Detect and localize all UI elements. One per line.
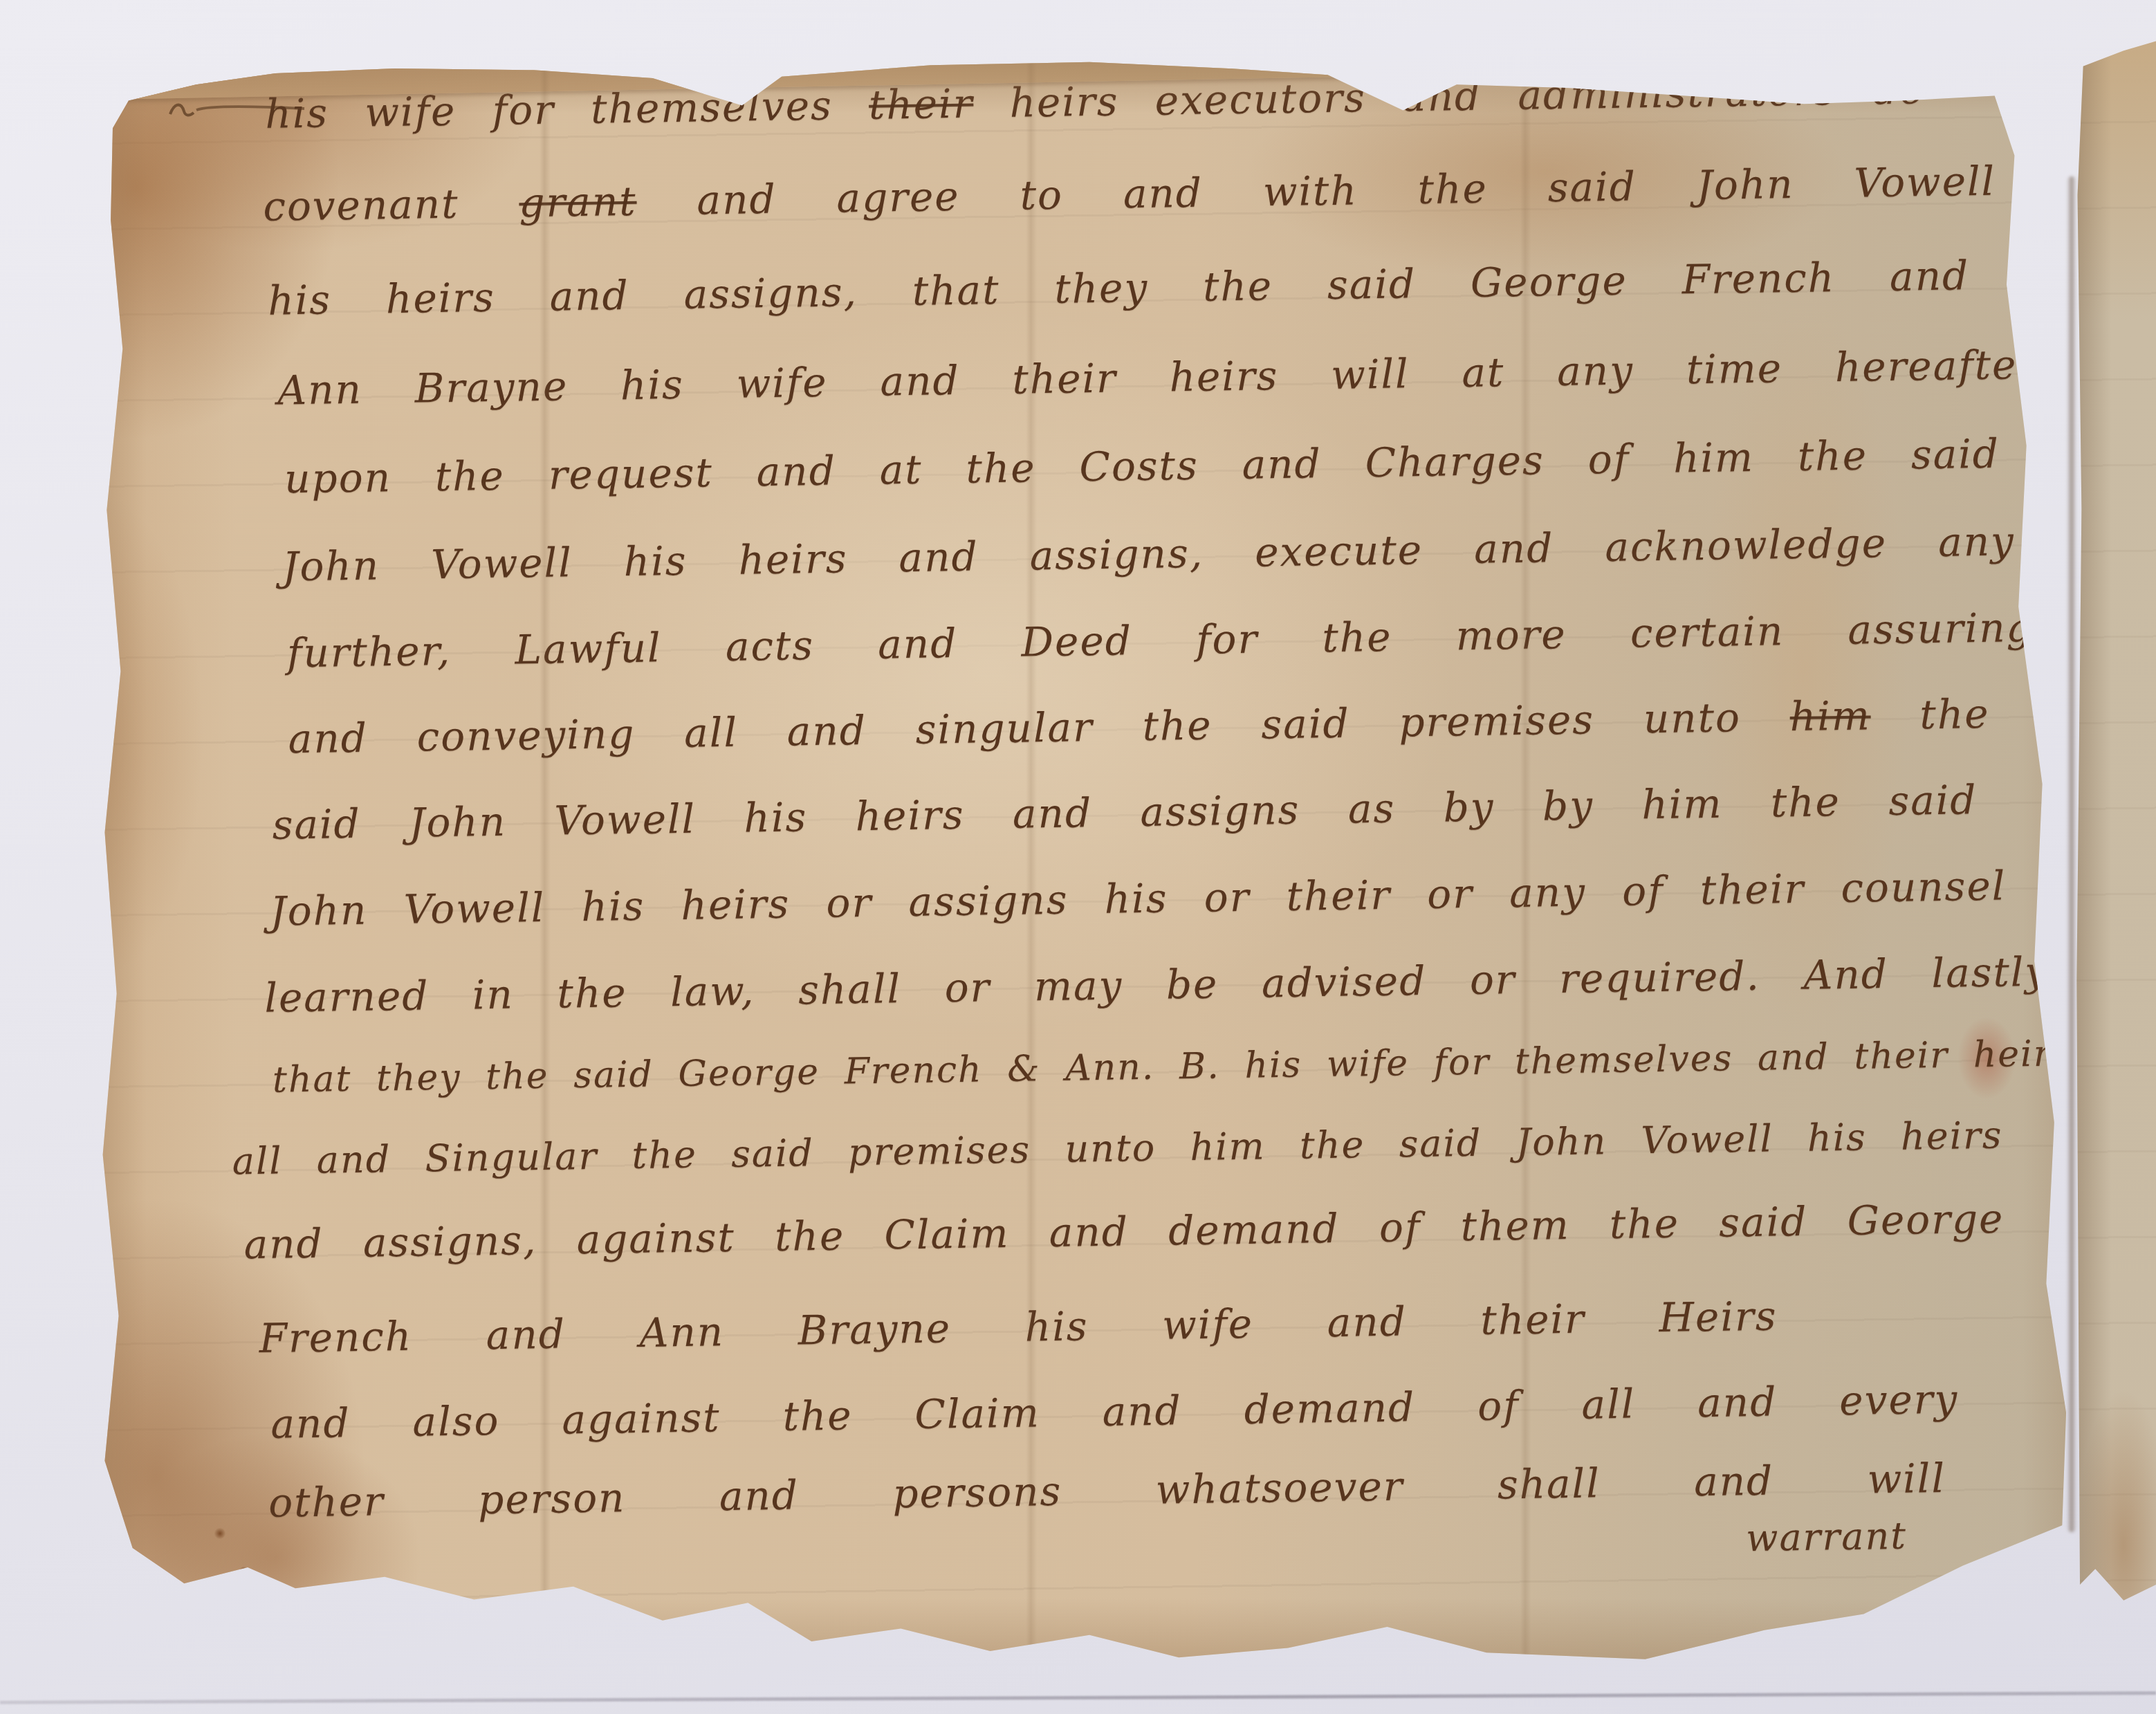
line-text: his heirs and assigns, that they the sai…	[268, 252, 1970, 324]
manuscript-line: and conveying all and singular the said …	[288, 690, 1990, 764]
line-text: heirs executors and administrators do	[973, 66, 1926, 127]
photo-of-manuscript: { "manuscript": { "description_lines_not…	[0, 0, 2156, 1714]
line-text: that they the said George French & Ann. …	[273, 1033, 2085, 1101]
manuscript-line: John Vowell his heirs or assigns his or …	[270, 863, 2007, 937]
line-text: and agree to and with the said John Vowe…	[636, 158, 1996, 225]
manuscript-line: French and Ann Brayne his wife and their…	[259, 1292, 1778, 1363]
manuscript-line: upon the request and at the Costs and Ch…	[284, 430, 2000, 504]
struck-word: him	[1789, 692, 1871, 740]
manuscript-line: further, Lawful acts and Deed for the mo…	[286, 604, 2034, 678]
manuscript-line: John Vowell his heirs and assigns, execu…	[282, 517, 2016, 591]
handwriting-layer: his wife for themselves their heirs exec…	[84, 33, 2093, 1673]
line-text: and assigns, against the Claim and deman…	[243, 1195, 2005, 1269]
struck-word: grant	[519, 178, 637, 227]
backdrop-edge-line	[0, 1691, 2156, 1704]
line-text: and conveying all and singular the said …	[288, 693, 1790, 762]
manuscript-line: that they the said George French & Ann. …	[273, 1032, 2085, 1102]
manuscript-line: other person and persons whatsoever shal…	[268, 1455, 1946, 1528]
manuscript-line: said John Vowell his heirs and assigns a…	[272, 776, 1978, 849]
line-text: French and Ann Brayne his wife and their…	[259, 1292, 1778, 1362]
manuscript-line: his wife for themselves their heirs exec…	[265, 66, 1926, 138]
manuscript-line: and also against the Claim and demand of…	[270, 1376, 1959, 1449]
line-text: further, Lawful acts and Deed for the mo…	[286, 604, 2034, 676]
line-text: other person and persons whatsoever shal…	[268, 1455, 1946, 1527]
line-text: said John Vowell his heirs and assigns a…	[272, 776, 1978, 849]
manuscript-line: covenant grant and agree to and with the…	[263, 158, 1996, 232]
line-text: covenant	[263, 179, 519, 230]
manuscript-line: Ann Brayne his wife and their heirs will…	[277, 341, 2038, 415]
manuscript-line: learned in the law, shall or may be advi…	[264, 948, 2049, 1023]
line-text: upon the request and at the Costs and Ch…	[284, 430, 2000, 503]
manuscript-line: all and Singular the said premises unto …	[232, 1114, 2003, 1185]
catchword-warrant: warrant	[1746, 1515, 1908, 1559]
manuscript-line: and assigns, against the Claim and deman…	[243, 1195, 2005, 1269]
adjacent-page-edge	[2075, 38, 2156, 1608]
line-text: and also against the Claim and demand of…	[270, 1376, 1959, 1448]
line-text: Ann Brayne his wife and their heirs will…	[277, 341, 2038, 414]
line-text: John Vowell his heirs and assigns, execu…	[282, 517, 2016, 590]
struck-word: their	[869, 80, 974, 129]
manuscript-page: his wife for themselves their heirs exec…	[97, 59, 2082, 1670]
line-text: learned in the law, shall or may be advi…	[264, 948, 2049, 1022]
line-text: John Vowell his heirs or assigns his or …	[270, 863, 2007, 935]
manuscript-line: his heirs and assigns, that they the sai…	[268, 252, 1970, 325]
line-text: his wife for themselves	[265, 82, 869, 138]
line-text: the	[1870, 690, 1990, 739]
fold-seam-shadow	[2067, 176, 2076, 1532]
line-text: all and Singular the said premises unto …	[232, 1114, 2003, 1183]
